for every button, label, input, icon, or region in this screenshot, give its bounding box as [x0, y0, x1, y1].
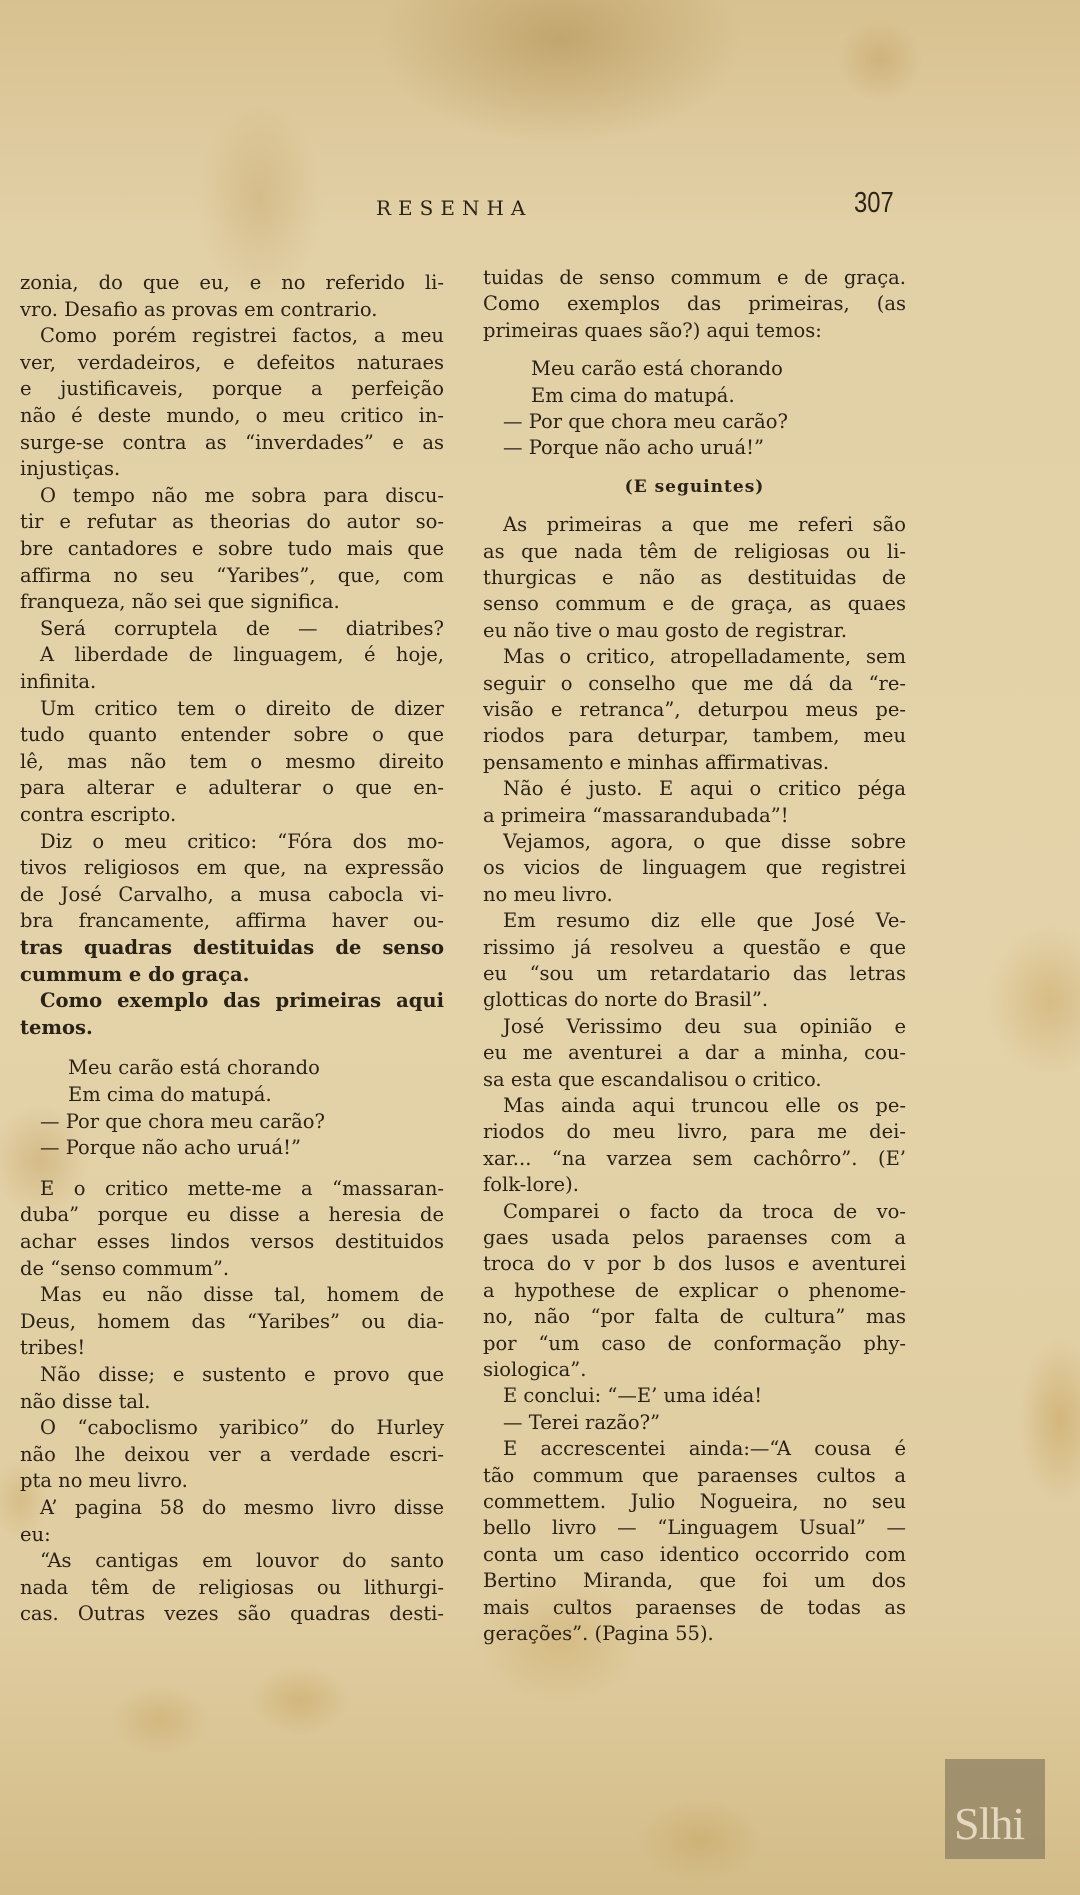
text-line: a primeira “massarandubada”!: [483, 804, 906, 828]
text-line: Como porém registrei factos, a meu: [20, 324, 444, 348]
text-line: Vejamos, agora, o que disse sobre: [483, 830, 906, 854]
text-line: lê, mas não tem o mesmo direito: [20, 750, 444, 774]
logo-text: Slhi: [954, 1797, 1024, 1850]
text-line: injustiças.: [20, 457, 444, 481]
text-line: conta um caso identico occorrido com: [483, 1543, 906, 1567]
text-line: As primeiras a que me referi são: [483, 513, 906, 537]
text-line: tão commum que paraenses cultos a: [483, 1464, 906, 1488]
text-line: Comparei o facto da troca de vo-: [483, 1200, 906, 1224]
text-line: folk-lore).: [483, 1173, 906, 1197]
text-line: no, não “por falta de cultura” mas: [483, 1305, 906, 1329]
text-line: zonia, do que eu, e no referido li-: [20, 271, 444, 295]
slhi-logo: Slhi: [945, 1759, 1045, 1859]
text-line: O tempo não me sobra para discu-: [20, 484, 444, 508]
text-line: contra escripto.: [20, 803, 444, 827]
running-head: RESENHA: [376, 196, 532, 220]
text-line: Diz o meu critico: “Fóra dos mo-: [20, 830, 444, 854]
text-line: O “caboclismo yaribico” do Hurley: [20, 1416, 444, 1440]
text-line: vro. Desafio as provas em contrario.: [20, 298, 444, 322]
text-line: a hypothese de explicar o phenome-: [483, 1279, 906, 1303]
verse-line: Em cima do matupá.: [483, 384, 906, 408]
text-line: A liberdade de linguagem, é hoje,: [20, 643, 444, 667]
text-line: nada têm de religiosas ou lithurgi-: [20, 1576, 444, 1600]
text-line: sa esta que escandalisou o critico.: [483, 1068, 906, 1092]
text-line: primeiras quaes são?) aqui temos:: [483, 319, 906, 343]
text-line: thurgicas e não as destituidas de: [483, 566, 906, 590]
text-line: eu não tive o mau gosto de registrar.: [483, 619, 906, 643]
text-line: não lhe deixou ver a verdade escri-: [20, 1443, 444, 1467]
text-line: Mas ainda aqui truncou elle os pe-: [483, 1094, 906, 1118]
text-line: mais cultos paraenses de todas as: [483, 1596, 906, 1620]
text-line: franqueza, não sei que significa.: [20, 590, 444, 614]
text-line: eu:: [20, 1523, 444, 1547]
text-line: pensamento e minhas affirmativas.: [483, 751, 906, 775]
text-line: seguir o conselho que me dá da “re-: [483, 672, 906, 696]
verse-line: Em cima do matupá.: [20, 1083, 444, 1107]
text-line: e justificaveis, porque a perfeição: [20, 377, 444, 401]
text-line: duba” porque eu disse a heresia de: [20, 1203, 444, 1227]
text-line: por “um caso de conformação phy-: [483, 1332, 906, 1356]
text-line: E accrescentei ainda:—“A cousa é: [483, 1437, 906, 1461]
verse-line: — Porque não acho uruá!”: [20, 1136, 444, 1160]
text-line: commettem. Julio Nogueira, no seu: [483, 1490, 906, 1514]
text-line: troca do v por b dos lusos e aventurei: [483, 1252, 906, 1276]
text-line: as que nada têm de religiosas ou li-: [483, 540, 906, 564]
text-line: visão e retranca”, deturpou meus pe-: [483, 698, 906, 722]
page-number: 307: [854, 187, 894, 220]
text-line: “As cantigas em louvor do santo: [20, 1549, 444, 1573]
text-line: tir e refutar as theorias do autor so-: [20, 510, 444, 534]
text-line: Em resumo diz elle que José Ve-: [483, 909, 906, 933]
text-line: xar... “na varzea sem cachôrro”. (E’: [483, 1147, 906, 1171]
text-line: ver, verdadeiros, e defeitos naturaes: [20, 351, 444, 375]
text-line: surge-se contra as “inverdades” e as: [20, 431, 444, 455]
text-line: eu me aventurei a dar a minha, cou-: [483, 1041, 906, 1065]
text-line: não é deste mundo, o meu critico in-: [20, 404, 444, 428]
text-line: glotticas do norte do Brasil”.: [483, 988, 906, 1012]
text-line: de José Carvalho, a musa cabocla vi-: [20, 883, 444, 907]
text-line: Deus, homem das “Yaribes” ou dia-: [20, 1310, 444, 1334]
text-line: Bertino Miranda, que foi um dos: [483, 1569, 906, 1593]
text-line: E o critico mette-me a “massaran-: [20, 1177, 444, 1201]
verse-line: — Porque não acho uruá!”: [483, 436, 906, 460]
text-line: E conclui: “—E’ uma idéa!: [483, 1384, 906, 1408]
text-line: siologica”.: [483, 1358, 906, 1382]
text-line: Mas eu não disse tal, homem de: [20, 1283, 444, 1307]
text-line: riodos para deturpar, tambem, meu: [483, 724, 906, 748]
text-line: rissimo já resolveu a questão e que: [483, 936, 906, 960]
text-line: cas. Outras vezes são quadras desti-: [20, 1602, 444, 1626]
text-line: Como exemplo das primeiras aqui: [20, 989, 444, 1013]
text-line: Mas o critico, atropelladamente, sem: [483, 645, 906, 669]
text-line: eu “sou um retardatario das letras: [483, 962, 906, 986]
section-heading: (E seguintes): [483, 475, 906, 499]
text-line: bello livro — “Linguagem Usual” —: [483, 1516, 906, 1540]
verse-line: Meu carão está chorando: [20, 1056, 444, 1080]
text-line: temos.: [20, 1016, 444, 1040]
text-line: gaes usada pelos paraenses com a: [483, 1226, 906, 1250]
text-line: Não é justo. E aqui o critico péga: [483, 777, 906, 801]
text-line: bra francamente, affirma haver ou-: [20, 909, 444, 933]
text-line: bre cantadores e sobre tudo mais que: [20, 537, 444, 561]
text-line: Um critico tem o direito de dizer: [20, 697, 444, 721]
text-line: cummum e do graça.: [20, 963, 444, 987]
text-line: no meu livro.: [483, 883, 906, 907]
text-line: affirma no seu “Yaribes”, que, com: [20, 564, 444, 588]
text-line: achar esses lindos versos destituidos: [20, 1230, 444, 1254]
text-line: José Verissimo deu sua opinião e: [483, 1015, 906, 1039]
text-line: tras quadras destituidas de senso: [20, 936, 444, 960]
text-line: tribes!: [20, 1336, 444, 1360]
verse-line: — Por que chora meu carão?: [483, 410, 906, 434]
text-line: — Terei razão?”: [483, 1411, 906, 1435]
text-line: infinita.: [20, 670, 444, 694]
text-line: para alterar e adulterar o que en-: [20, 776, 444, 800]
text-line: tudo quanto entender sobre o que: [20, 723, 444, 747]
text-line: riodos do meu livro, para me dei-: [483, 1120, 906, 1144]
text-line: gerações”. (Pagina 55).: [483, 1622, 906, 1646]
text-line: não disse tal.: [20, 1390, 444, 1414]
text-line: Não disse; e sustento e provo que: [20, 1363, 444, 1387]
text-line: A’ pagina 58 do mesmo livro disse: [20, 1496, 444, 1520]
text-line: de “senso commum”.: [20, 1257, 444, 1281]
verse-line: Meu carão está chorando: [483, 357, 906, 381]
text-line: senso commum e de graça, as quaes: [483, 592, 906, 616]
verse-line: — Por que chora meu carão?: [20, 1110, 444, 1134]
text-line: tuidas de senso commum e de graça.: [483, 266, 906, 290]
text-line: pta no meu livro.: [20, 1469, 444, 1493]
text-line: os vicios de linguagem que registrei: [483, 856, 906, 880]
text-line: Como exemplos das primeiras, (as: [483, 292, 906, 316]
text-line: Será corruptela de — diatribes?: [20, 617, 444, 641]
text-line: tivos religiosos em que, na expressão: [20, 856, 444, 880]
